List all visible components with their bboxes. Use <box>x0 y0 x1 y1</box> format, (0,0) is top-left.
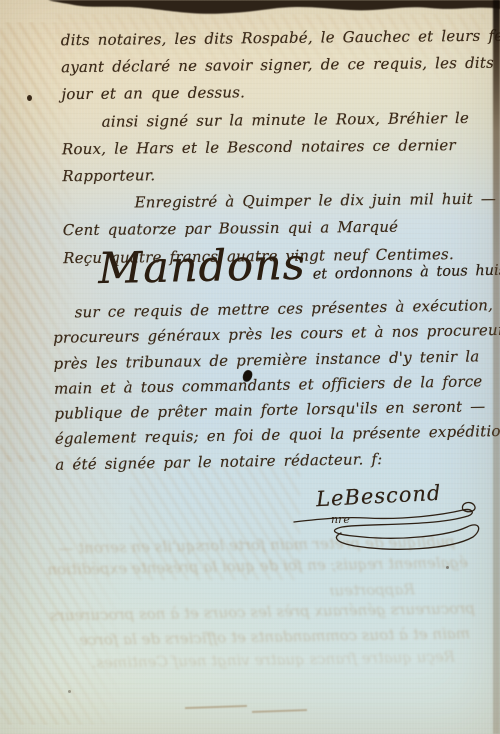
manuscript-line: Rapporteur. <box>62 159 480 191</box>
page-torn-top-edge <box>0 0 500 20</box>
ink-speck <box>446 566 449 569</box>
manuscript-text: dits notaires, les dits Rospabé, le Gauc… <box>0 0 500 734</box>
manuscript-line: Enregistré à Quimper le dix juin mil hui… <box>62 186 480 218</box>
mandons-heading: Mandons et ordonnons à tous huissiers <box>98 240 495 291</box>
manuscript-line: jour et an que dessus. <box>61 77 479 109</box>
heading-large-word: Mandons <box>98 244 306 291</box>
manuscript-line: dits notaires, les dits Rospabé, le Gauc… <box>61 23 479 55</box>
heading-continuation: et ordonnons à tous huissiers <box>313 262 500 283</box>
mandement-paragraph: sur ce requis de mettre ces présentes à … <box>52 293 485 478</box>
manuscript-line: ainsi signé sur la minute le Roux, Bréhi… <box>62 104 480 136</box>
ink-speck <box>27 95 32 101</box>
signature-paraph <box>292 500 484 558</box>
manuscript-line: ayant déclaré ne savoir signer, de ce re… <box>61 50 479 82</box>
manuscript-line: Roux, le Hars et le Bescond notaires ce … <box>62 132 480 164</box>
manuscript-page: publique de prêter main forte lorsqu'ils… <box>0 0 500 734</box>
registration-paragraph: dits notaires, les dits Rospabé, le Gauc… <box>61 23 482 272</box>
ink-speck <box>68 690 71 693</box>
page-right-gutter-edge <box>493 0 500 734</box>
